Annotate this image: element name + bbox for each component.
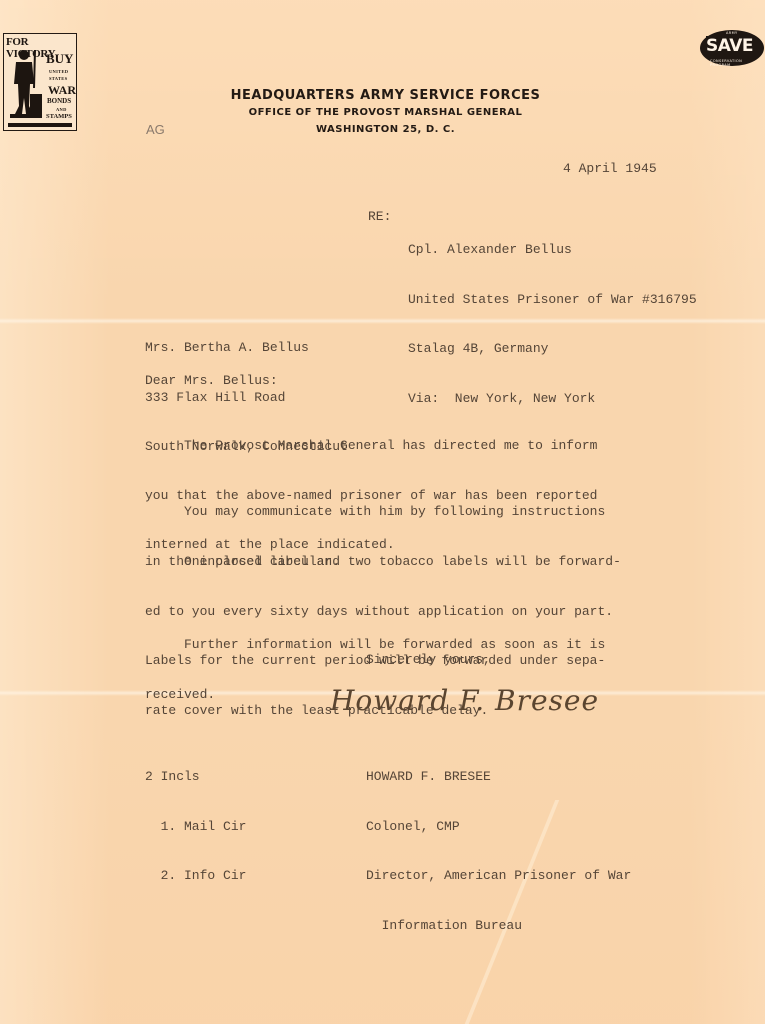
stamp-states: STATES xyxy=(49,76,67,81)
re-line: United States Prisoner of War #316795 xyxy=(408,292,697,309)
body-line: You may communicate with him by followin… xyxy=(145,504,605,521)
badge-arc-top: ARMY xyxy=(726,31,738,35)
re-line: Stalag 4B, Germany xyxy=(408,341,697,358)
handwritten-signature: Howard F. Bresee xyxy=(330,684,599,717)
enclosure-line: 2. Info Cir xyxy=(145,868,246,885)
letterhead-line-2: OFFICE OF THE PROVOST MARSHAL GENERAL xyxy=(3,107,765,118)
re-block: Cpl. Alexander Bellus United States Pris… xyxy=(408,209,697,424)
signer-line: Director, American Prisoner of War xyxy=(366,868,631,885)
re-line: Cpl. Alexander Bellus xyxy=(408,242,697,259)
letterhead-line-1: HEADQUARTERS ARMY SERVICE FORCES xyxy=(3,88,765,103)
re-label: RE: xyxy=(368,209,391,226)
address-line: 333 Flax Hill Road xyxy=(145,390,348,407)
file-code: AG xyxy=(146,122,165,137)
enclosures: 2 Incls 1. Mail Cir 2. Info Cir xyxy=(145,736,246,901)
signer-line: Information Bureau xyxy=(366,918,631,935)
enclosure-line: 1. Mail Cir xyxy=(145,819,246,836)
closing: Sincerely yours, xyxy=(366,652,491,669)
body-line: One parcel label and two tobacco labels … xyxy=(145,554,621,571)
signer-block: HOWARD F. BRESEE Colonel, CMP Director, … xyxy=(366,736,631,951)
signer-line: HOWARD F. BRESEE xyxy=(366,769,631,786)
badge-arc-bottom: CONSERVATION PROGRAM xyxy=(710,59,764,67)
badge-word: SAVE xyxy=(706,36,753,56)
salutation: Dear Mrs. Bellus: xyxy=(145,373,278,390)
enclosure-line: 2 Incls xyxy=(145,769,246,786)
body-line: The Provost Marshal General has directed… xyxy=(145,438,597,455)
letter-date: 4 April 1945 xyxy=(563,161,657,178)
letterhead-line-3: WASHINGTON 25, D. C. xyxy=(3,124,765,135)
stamp-united: UNITED xyxy=(49,69,68,74)
stamp-buy: BUY xyxy=(46,51,73,67)
save-badge: ARMY SAVE CONSERVATION PROGRAM xyxy=(700,30,764,66)
signer-line: Colonel, CMP xyxy=(366,819,631,836)
address-line: Mrs. Bertha A. Bellus xyxy=(145,340,348,357)
